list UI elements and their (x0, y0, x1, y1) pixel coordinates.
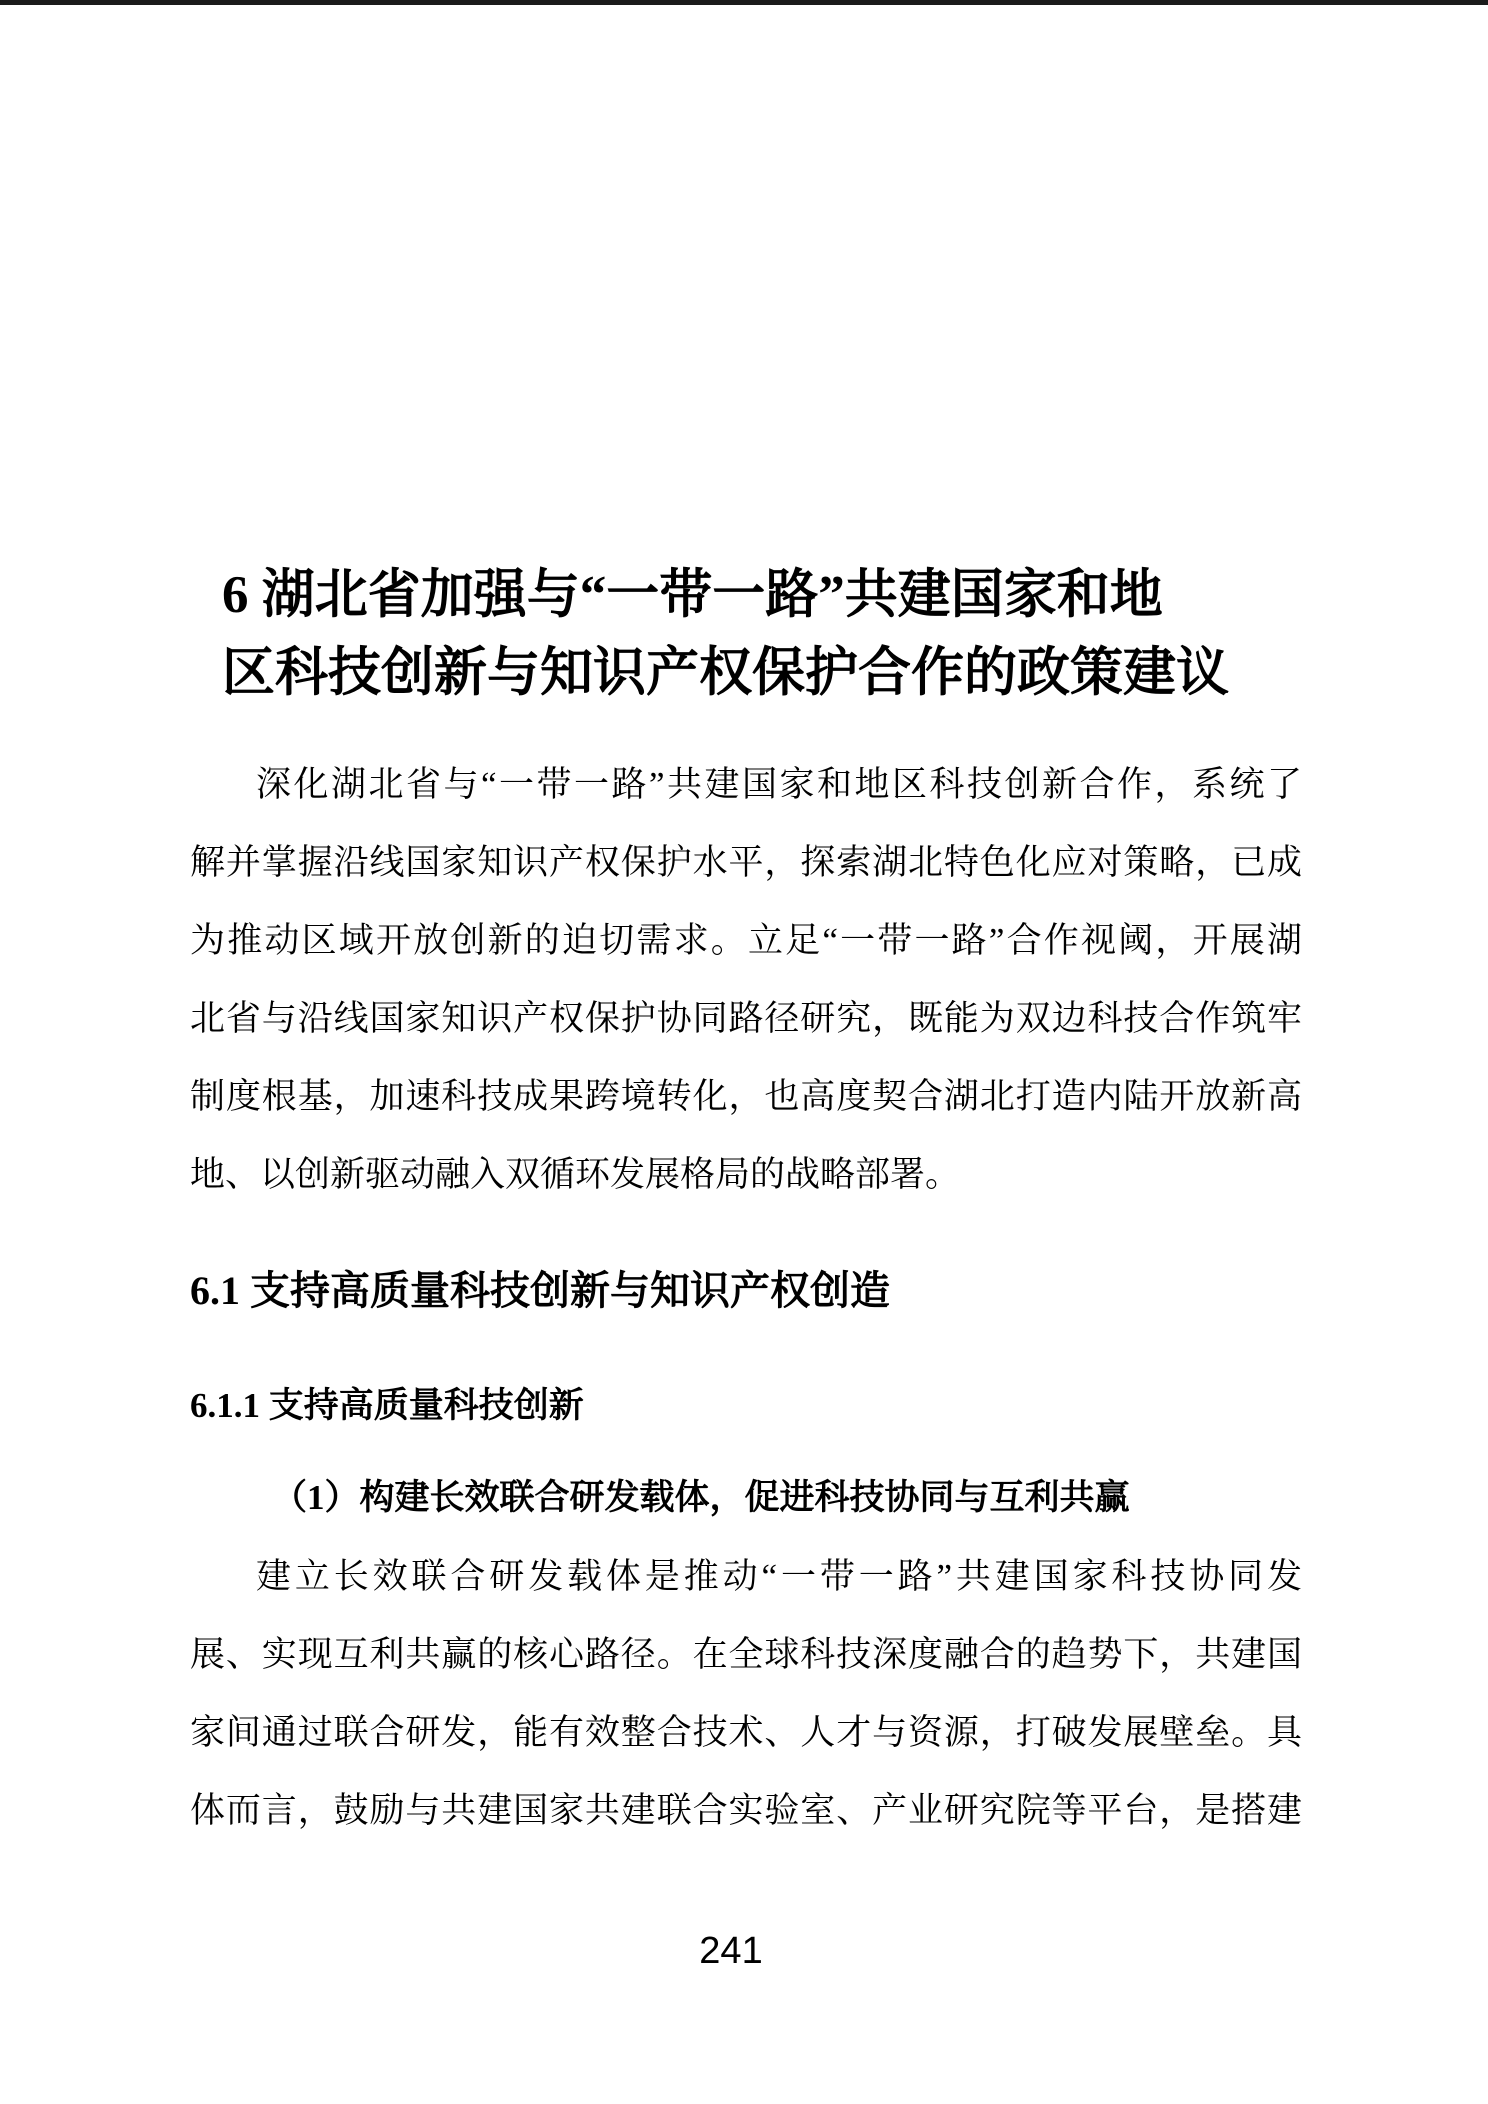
chapter-title-line-2: 区科技创新与知识产权保护合作的政策建议 (222, 634, 1362, 712)
paragraph-line: 深化湖北省与“一带一路”共建国家和地区科技创新合作，系统了 (190, 746, 1302, 824)
intro-paragraph: 深化湖北省与“一带一路”共建国家和地区科技创新合作，系统了 解并掌握沿线国家知识… (190, 746, 1302, 1214)
paragraph-line: 解并掌握沿线国家知识产权保护水平，探索湖北特色化应对策略，已成 (190, 824, 1302, 902)
body-paragraph: 建立长效联合研发载体是推动“一带一路”共建国家科技协同发 展、实现互利共赢的核心… (190, 1538, 1302, 1850)
paragraph-line: 展、实现互利共赢的核心路径。在全球科技深度融合的趋势下，共建国 (190, 1616, 1302, 1694)
paragraph-line: 为推动区域开放创新的迫切需求。立足“一带一路”合作视阈，开展湖 (190, 902, 1302, 980)
subsection-heading: 6.1.1 支持高质量科技创新 (190, 1383, 584, 1429)
paragraph-line: 体而言，鼓励与共建国家共建联合实验室、产业研究院等平台，是搭建 (190, 1772, 1302, 1850)
paragraph-line: 北省与沿线国家知识产权保护协同路径研究，既能为双边科技合作筑牢 (190, 980, 1302, 1058)
paragraph-line: 地、以创新驱动融入双循环发展格局的战略部署。 (190, 1136, 1302, 1214)
chapter-title: 6 湖北省加强与“一带一路”共建国家和地 区科技创新与知识产权保护合作的政策建议 (222, 556, 1362, 712)
document-page: 6 湖北省加强与“一带一路”共建国家和地 区科技创新与知识产权保护合作的政策建议… (0, 0, 1488, 2104)
item-heading: （1）构建长效联合研发载体，促进科技协同与互利共赢 (272, 1475, 1130, 1521)
paragraph-line: 制度根基，加速科技成果跨境转化，也高度契合湖北打造内陆开放新高 (190, 1058, 1302, 1136)
section-heading: 6.1 支持高质量科技创新与知识产权创造 (190, 1264, 890, 1318)
chapter-title-line-1: 6 湖北省加强与“一带一路”共建国家和地 (222, 556, 1362, 634)
page-number: 241 (0, 1930, 1462, 1973)
paragraph-line: 家间通过联合研发，能有效整合技术、人才与资源，打破发展壁垒。具 (190, 1694, 1302, 1772)
paragraph-line: 建立长效联合研发载体是推动“一带一路”共建国家科技协同发 (190, 1538, 1302, 1616)
page-top-border (0, 0, 1488, 5)
